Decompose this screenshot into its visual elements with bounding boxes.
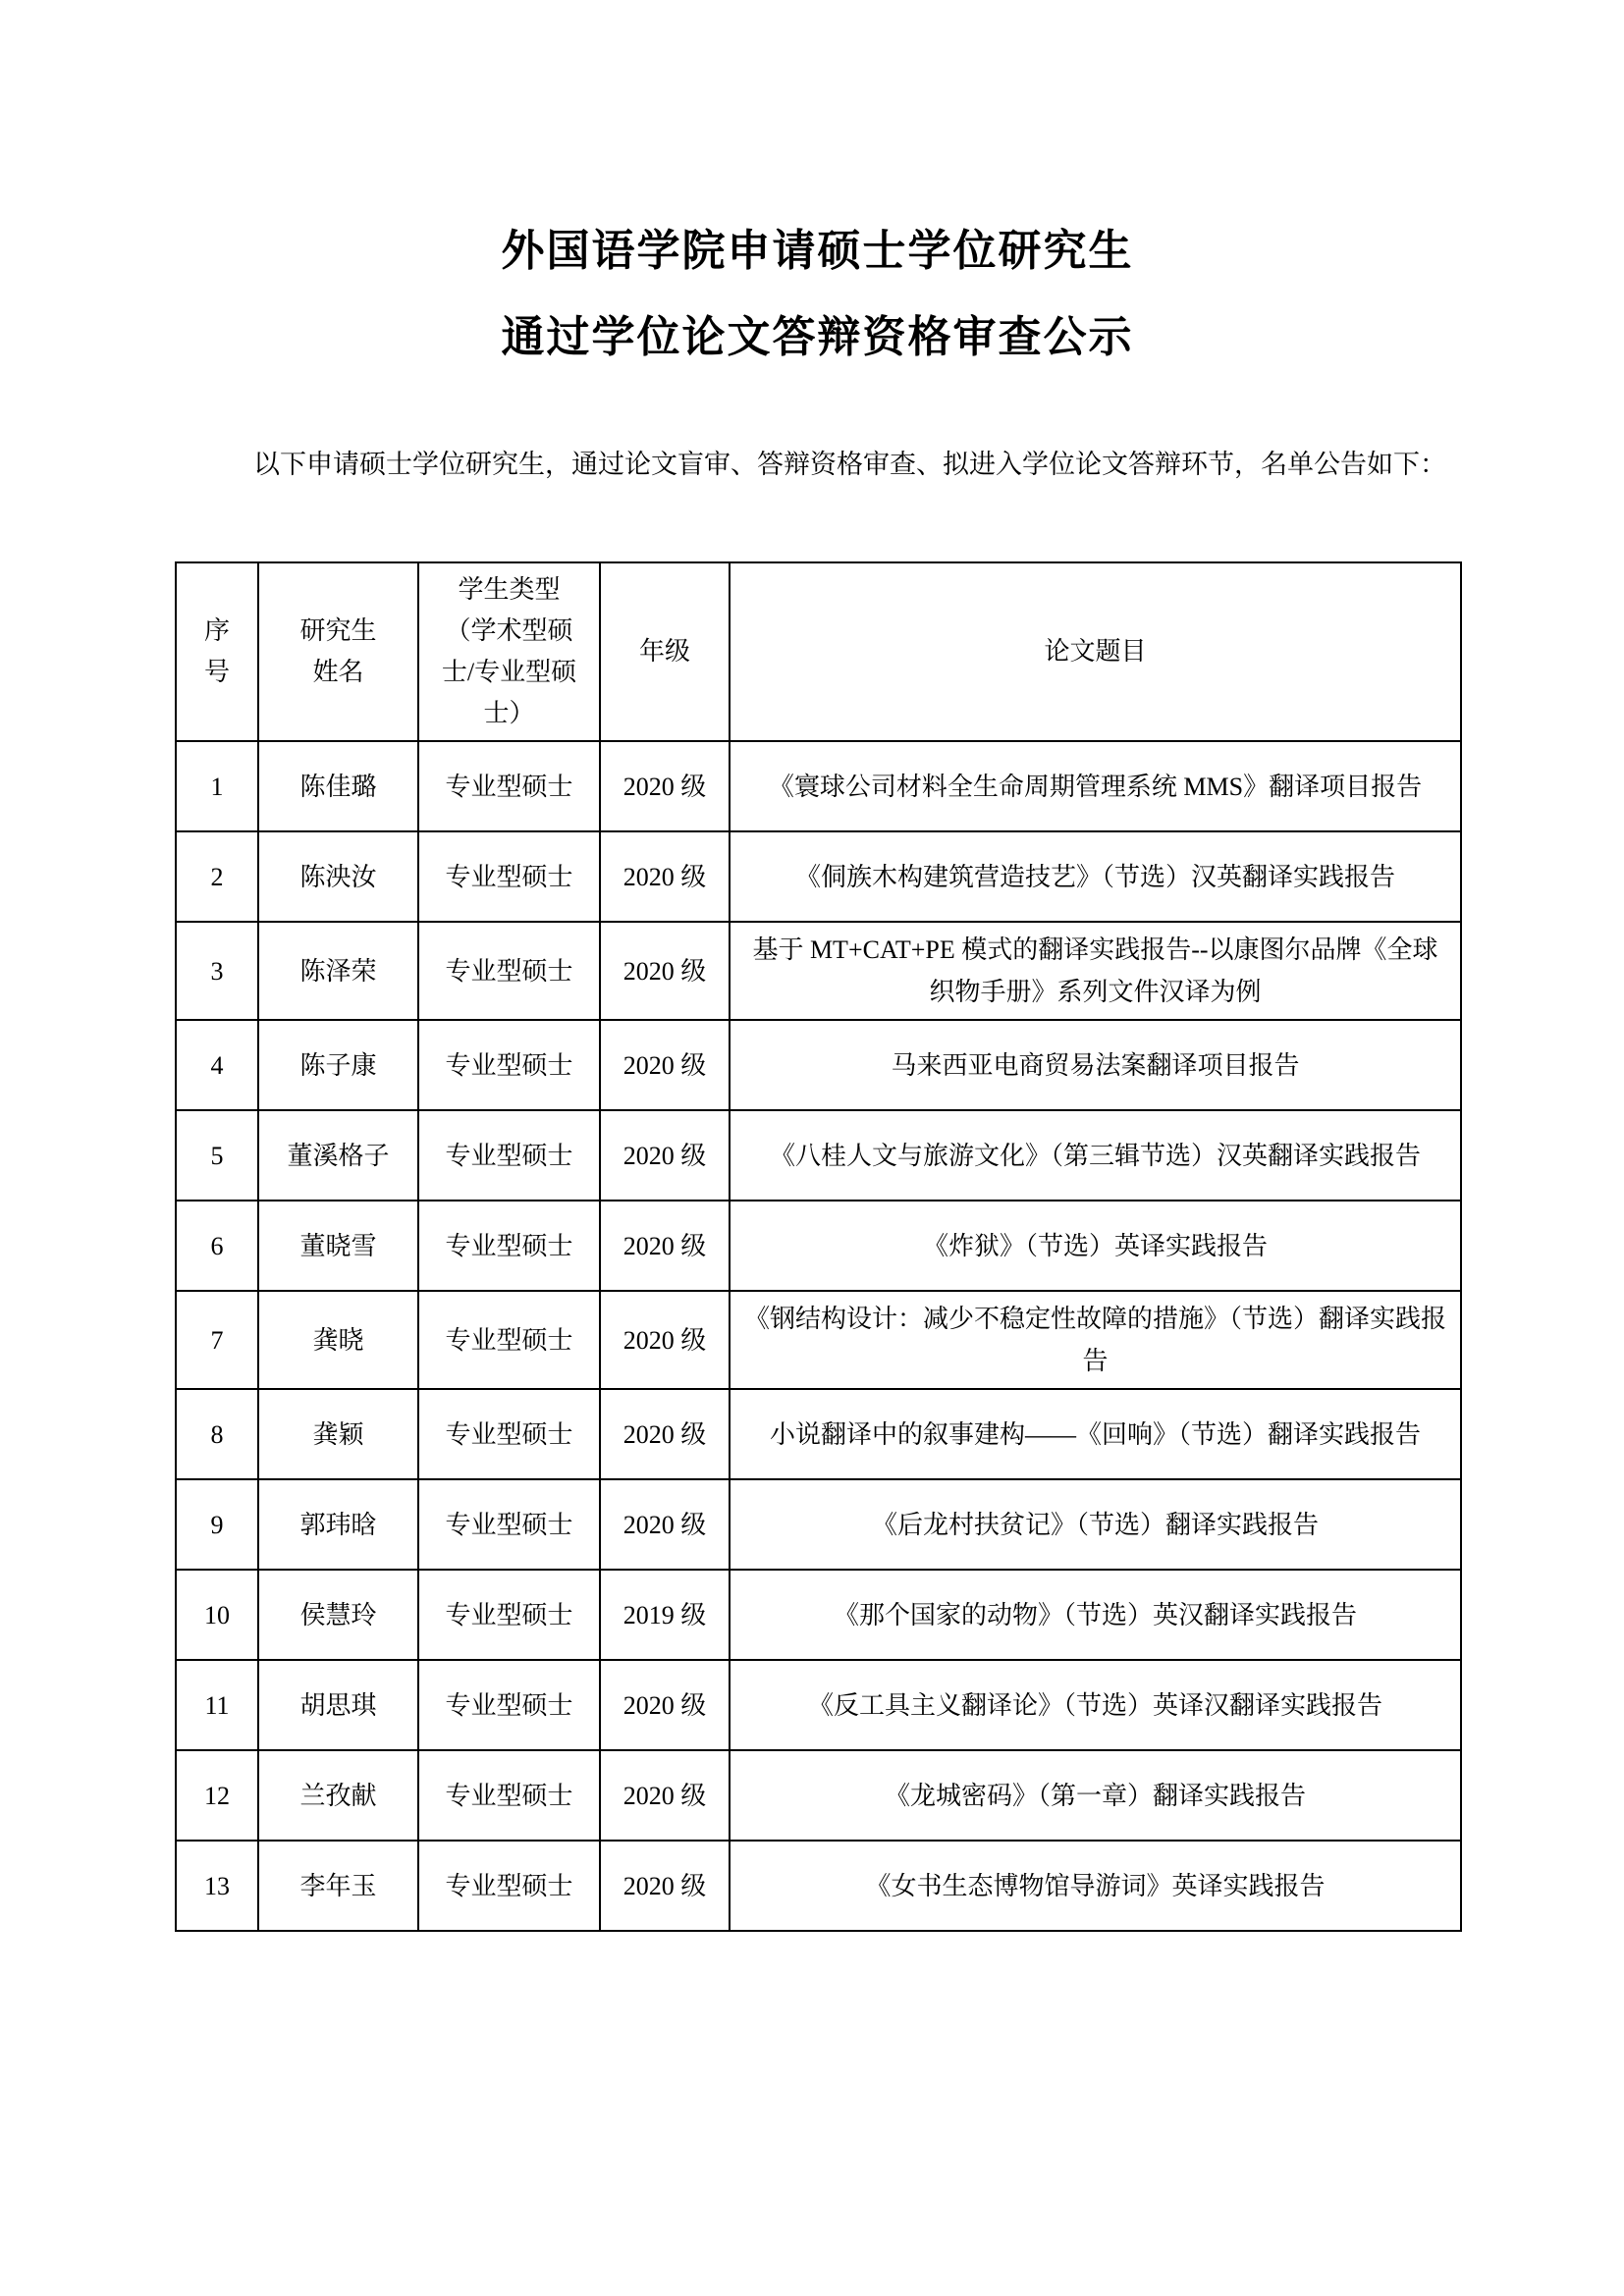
- cell-student-name: 陈子康: [258, 1020, 418, 1110]
- cell-thesis-title: 《女书生态博物馆导游词》英译实践报告: [730, 1841, 1461, 1931]
- cell-student-name: 龚颖: [258, 1389, 418, 1479]
- cell-thesis-title: 《反工具主义翻译论》（节选）英译汉翻译实践报告: [730, 1660, 1461, 1750]
- intro-paragraph: 以下申请硕士学位研究生，通过论文盲审、答辩资格审查、拟进入学位论文答辩环节，名单…: [175, 438, 1460, 491]
- cell-student-type: 专业型硕士: [418, 1020, 600, 1110]
- cell-thesis-title: 《钢结构设计：减少不稳定性故障的措施》（节选）翻译实践报告: [730, 1291, 1461, 1389]
- cell-student-name: 龚晓: [258, 1291, 418, 1389]
- cell-grade: 2020 级: [600, 1841, 730, 1931]
- cell-thesis-title: 《后龙村扶贫记》（节选）翻译实践报告: [730, 1479, 1461, 1570]
- table-row: 5 董溪格子 专业型硕士 2020 级 《八桂人文与旅游文化》（第三辑节选）汉英…: [176, 1110, 1461, 1201]
- cell-grade: 2020 级: [600, 1020, 730, 1110]
- header-grade: 年级: [600, 562, 730, 741]
- cell-student-type: 专业型硕士: [418, 741, 600, 831]
- cell-student-type: 专业型硕士: [418, 922, 600, 1020]
- header-student-type: 学生类型 （学术型硕 士/专业型硕 士）: [418, 562, 600, 741]
- table-row: 7 龚晓 专业型硕士 2020 级 《钢结构设计：减少不稳定性故障的措施》（节选…: [176, 1291, 1461, 1389]
- cell-thesis-title: 《寰球公司材料全生命周期管理系统 MMS》翻译项目报告: [730, 741, 1461, 831]
- cell-student-type: 专业型硕士: [418, 1750, 600, 1841]
- cell-index: 4: [176, 1020, 258, 1110]
- cell-student-name: 陈泽荣: [258, 922, 418, 1020]
- cell-student-type: 专业型硕士: [418, 1110, 600, 1201]
- cell-grade: 2020 级: [600, 1750, 730, 1841]
- cell-index: 9: [176, 1479, 258, 1570]
- cell-thesis-title: 《八桂人文与旅游文化》（第三辑节选）汉英翻译实践报告: [730, 1110, 1461, 1201]
- cell-student-name: 董溪格子: [258, 1110, 418, 1201]
- table-body: 1 陈佳璐 专业型硕士 2020 级 《寰球公司材料全生命周期管理系统 MMS》…: [176, 741, 1461, 1931]
- cell-grade: 2020 级: [600, 1201, 730, 1291]
- table-row: 10 侯慧玲 专业型硕士 2019 级 《那个国家的动物》（节选）英汉翻译实践报…: [176, 1570, 1461, 1660]
- table-row: 8 龚颖 专业型硕士 2020 级 小说翻译中的叙事建构——《回响》（节选）翻译…: [176, 1389, 1461, 1479]
- cell-index: 6: [176, 1201, 258, 1291]
- table-header: 序 号 研究生 姓名 学生类型 （学术型硕 士/专业型硕 士） 年级 论文题目: [176, 562, 1461, 741]
- cell-thesis-title: 马来西亚电商贸易法案翻译项目报告: [730, 1020, 1461, 1110]
- document-page: 外国语学院申请硕士学位研究生 通过学位论文答辩资格审查公示 以下申请硕士学位研究…: [0, 0, 1624, 2296]
- cell-index: 11: [176, 1660, 258, 1750]
- cell-student-name: 董晓雪: [258, 1201, 418, 1291]
- table-row: 11 胡思琪 专业型硕士 2020 级 《反工具主义翻译论》（节选）英译汉翻译实…: [176, 1660, 1461, 1750]
- cell-grade: 2020 级: [600, 741, 730, 831]
- header-index: 序 号: [176, 562, 258, 741]
- table-row: 2 陈泱汝 专业型硕士 2020 级 《侗族木构建筑营造技艺》（节选）汉英翻译实…: [176, 831, 1461, 922]
- table-header-row: 序 号 研究生 姓名 学生类型 （学术型硕 士/专业型硕 士） 年级 论文题目: [176, 562, 1461, 741]
- cell-thesis-title: 《那个国家的动物》（节选）英汉翻译实践报告: [730, 1570, 1461, 1660]
- cell-student-name: 兰孜献: [258, 1750, 418, 1841]
- cell-grade: 2020 级: [600, 922, 730, 1020]
- page-title: 外国语学院申请硕士学位研究生 通过学位论文答辩资格审查公示: [175, 208, 1460, 381]
- cell-student-name: 陈泱汝: [258, 831, 418, 922]
- cell-index: 12: [176, 1750, 258, 1841]
- table-row: 1 陈佳璐 专业型硕士 2020 级 《寰球公司材料全生命周期管理系统 MMS》…: [176, 741, 1461, 831]
- cell-index: 10: [176, 1570, 258, 1660]
- cell-student-name: 胡思琪: [258, 1660, 418, 1750]
- cell-student-type: 专业型硕士: [418, 1479, 600, 1570]
- cell-student-name: 陈佳璐: [258, 741, 418, 831]
- cell-grade: 2019 级: [600, 1570, 730, 1660]
- cell-thesis-title: 小说翻译中的叙事建构——《回响》（节选）翻译实践报告: [730, 1389, 1461, 1479]
- table-row: 9 郭玮晗 专业型硕士 2020 级 《后龙村扶贫记》（节选）翻译实践报告: [176, 1479, 1461, 1570]
- cell-thesis-title: 《侗族木构建筑营造技艺》（节选）汉英翻译实践报告: [730, 831, 1461, 922]
- cell-thesis-title: 《龙城密码》（第一章）翻译实践报告: [730, 1750, 1461, 1841]
- cell-grade: 2020 级: [600, 1660, 730, 1750]
- cell-index: 5: [176, 1110, 258, 1201]
- table-row: 6 董晓雪 专业型硕士 2020 级 《炸狱》（节选）英译实践报告: [176, 1201, 1461, 1291]
- cell-grade: 2020 级: [600, 1291, 730, 1389]
- cell-grade: 2020 级: [600, 1389, 730, 1479]
- table-row: 13 李年玉 专业型硕士 2020 级 《女书生态博物馆导游词》英译实践报告: [176, 1841, 1461, 1931]
- cell-student-type: 专业型硕士: [418, 1201, 600, 1291]
- cell-student-type: 专业型硕士: [418, 1570, 600, 1660]
- candidates-table: 序 号 研究生 姓名 学生类型 （学术型硕 士/专业型硕 士） 年级 论文题目 …: [175, 561, 1462, 1932]
- cell-index: 8: [176, 1389, 258, 1479]
- cell-student-type: 专业型硕士: [418, 1291, 600, 1389]
- cell-thesis-title: 基于 MT+CAT+PE 模式的翻译实践报告--以康图尔品牌《全球织物手册》系列…: [730, 922, 1461, 1020]
- header-thesis-title: 论文题目: [730, 562, 1461, 741]
- cell-student-name: 郭玮晗: [258, 1479, 418, 1570]
- cell-index: 1: [176, 741, 258, 831]
- cell-grade: 2020 级: [600, 1110, 730, 1201]
- cell-student-name: 侯慧玲: [258, 1570, 418, 1660]
- page-title-line-2: 通过学位论文答辩资格审查公示: [175, 294, 1460, 381]
- cell-index: 3: [176, 922, 258, 1020]
- cell-student-type: 专业型硕士: [418, 1841, 600, 1931]
- table-row: 12 兰孜献 专业型硕士 2020 级 《龙城密码》（第一章）翻译实践报告: [176, 1750, 1461, 1841]
- cell-grade: 2020 级: [600, 1479, 730, 1570]
- cell-student-name: 李年玉: [258, 1841, 418, 1931]
- page-title-line-1: 外国语学院申请硕士学位研究生: [175, 208, 1460, 294]
- cell-index: 2: [176, 831, 258, 922]
- header-student-name: 研究生 姓名: [258, 562, 418, 741]
- cell-student-type: 专业型硕士: [418, 1660, 600, 1750]
- cell-grade: 2020 级: [600, 831, 730, 922]
- cell-student-type: 专业型硕士: [418, 1389, 600, 1479]
- table-row: 4 陈子康 专业型硕士 2020 级 马来西亚电商贸易法案翻译项目报告: [176, 1020, 1461, 1110]
- cell-student-type: 专业型硕士: [418, 831, 600, 922]
- cell-index: 7: [176, 1291, 258, 1389]
- table-row: 3 陈泽荣 专业型硕士 2020 级 基于 MT+CAT+PE 模式的翻译实践报…: [176, 922, 1461, 1020]
- cell-index: 13: [176, 1841, 258, 1931]
- cell-thesis-title: 《炸狱》（节选）英译实践报告: [730, 1201, 1461, 1291]
